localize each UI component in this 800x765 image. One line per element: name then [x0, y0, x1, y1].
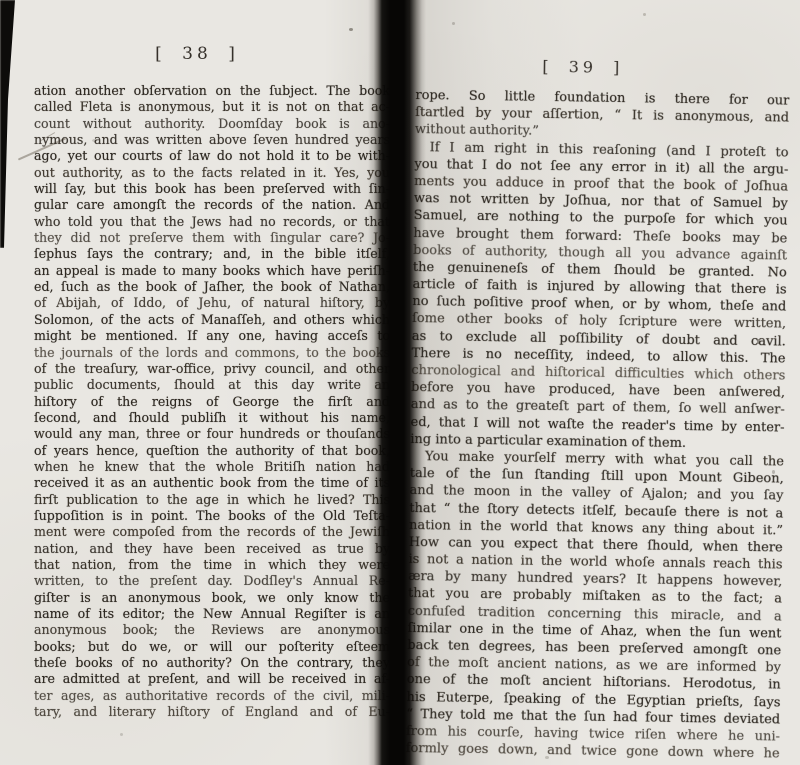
text-line: will ſay, but this book has been preſerv…	[34, 181, 390, 197]
text-line: the journals of the lords and commons, t…	[34, 345, 390, 361]
text-line: received it as an authentic book from th…	[34, 475, 390, 491]
text-line: of Abijah, of Iddo, of Jehu, of natural …	[34, 295, 390, 311]
text-line: of years hence, queſtion the authority o…	[34, 443, 390, 459]
speck	[120, 733, 123, 736]
text-line: out authority, as to the facts related i…	[34, 165, 390, 181]
text-line: ter ages, as authoritative records of th…	[34, 688, 390, 704]
text-line: theſe books of no authority? On the cont…	[34, 655, 390, 671]
text-line: firſt publication to the age in which he…	[34, 492, 390, 508]
left-page-number: [ 38 ]	[19, 44, 375, 64]
text-line: they did not preſerve them with ſingular…	[34, 230, 390, 246]
text-line: might be mentioned. If any one, having a…	[34, 328, 390, 344]
speck	[349, 28, 353, 31]
text-line: ſecond, and ſhould publiſh it without hi…	[34, 410, 390, 426]
text-line: nation, and they have been received as t…	[34, 541, 390, 557]
text-line: name of its editor; the New Annual Regiſ…	[34, 606, 390, 622]
text-line: of the treaſury, war-office, privy counc…	[34, 361, 390, 377]
text-line: giſter is an anonymous book, we only kno…	[34, 590, 390, 606]
text-line: anonymous book; the Reviews are anonymou…	[34, 622, 390, 638]
text-line: public documents, ſhould at this day wri…	[34, 377, 390, 393]
text-line: ſuppoſition is in point. The books of th…	[34, 508, 390, 524]
text-line: ſephus ſays the contrary; and, in the bi…	[34, 246, 390, 262]
left-page-text-column: ation another obſervation on the ſubject…	[34, 83, 390, 720]
book-scan: [ 38 ] ation another obſervation on the …	[0, 0, 800, 765]
text-line: written, to the preſent day. Dodſley's A…	[34, 573, 390, 589]
text-line: would any man, three or four hundreds or…	[34, 426, 390, 442]
text-line: books; but do we, or will our poſterity …	[34, 639, 390, 655]
text-line: ed, ſuch as the book of Jaſher, the book…	[34, 279, 390, 295]
speck	[452, 22, 455, 25]
text-line: ago, yet our courts of law do not hold i…	[34, 148, 390, 164]
text-line: Solomon, of the acts of Manaſſeh, and ot…	[34, 312, 390, 328]
text-line: when he knew that the whole Britiſh nati…	[34, 459, 390, 475]
text-line: nymous, and was written above ſeven hund…	[34, 132, 390, 148]
text-line: ation another obſervation on the ſubject…	[34, 83, 390, 99]
text-line: gular care amongſt the records of the na…	[34, 197, 390, 213]
text-line: an appeal is made to many books which ha…	[34, 263, 390, 279]
left-page: [ 38 ] ation another obſervation on the …	[34, 44, 390, 720]
speck	[643, 13, 646, 16]
text-line: called Fleta is anonymous, but it is not…	[34, 99, 390, 115]
text-line: ment were compoſed from the records of t…	[34, 524, 390, 540]
text-line: are admitted at preſent, and will be rec…	[34, 671, 390, 687]
text-line: tary, and literary hiſtory of England an…	[34, 704, 390, 720]
text-line: that nation, from the time in which they…	[34, 557, 390, 573]
binding-gutter-shadow	[368, 0, 426, 765]
text-line: hiſtory of the reigns of George the firſ…	[34, 394, 390, 410]
right-page: [ 39 ] rope. So little foundation is the…	[406, 56, 790, 763]
text-line: who told you that the Jews had no record…	[34, 214, 390, 230]
text-line: count without authority. Doomſday book i…	[34, 116, 390, 132]
right-page-text-column: rope. So little foundation is there for …	[406, 87, 790, 763]
